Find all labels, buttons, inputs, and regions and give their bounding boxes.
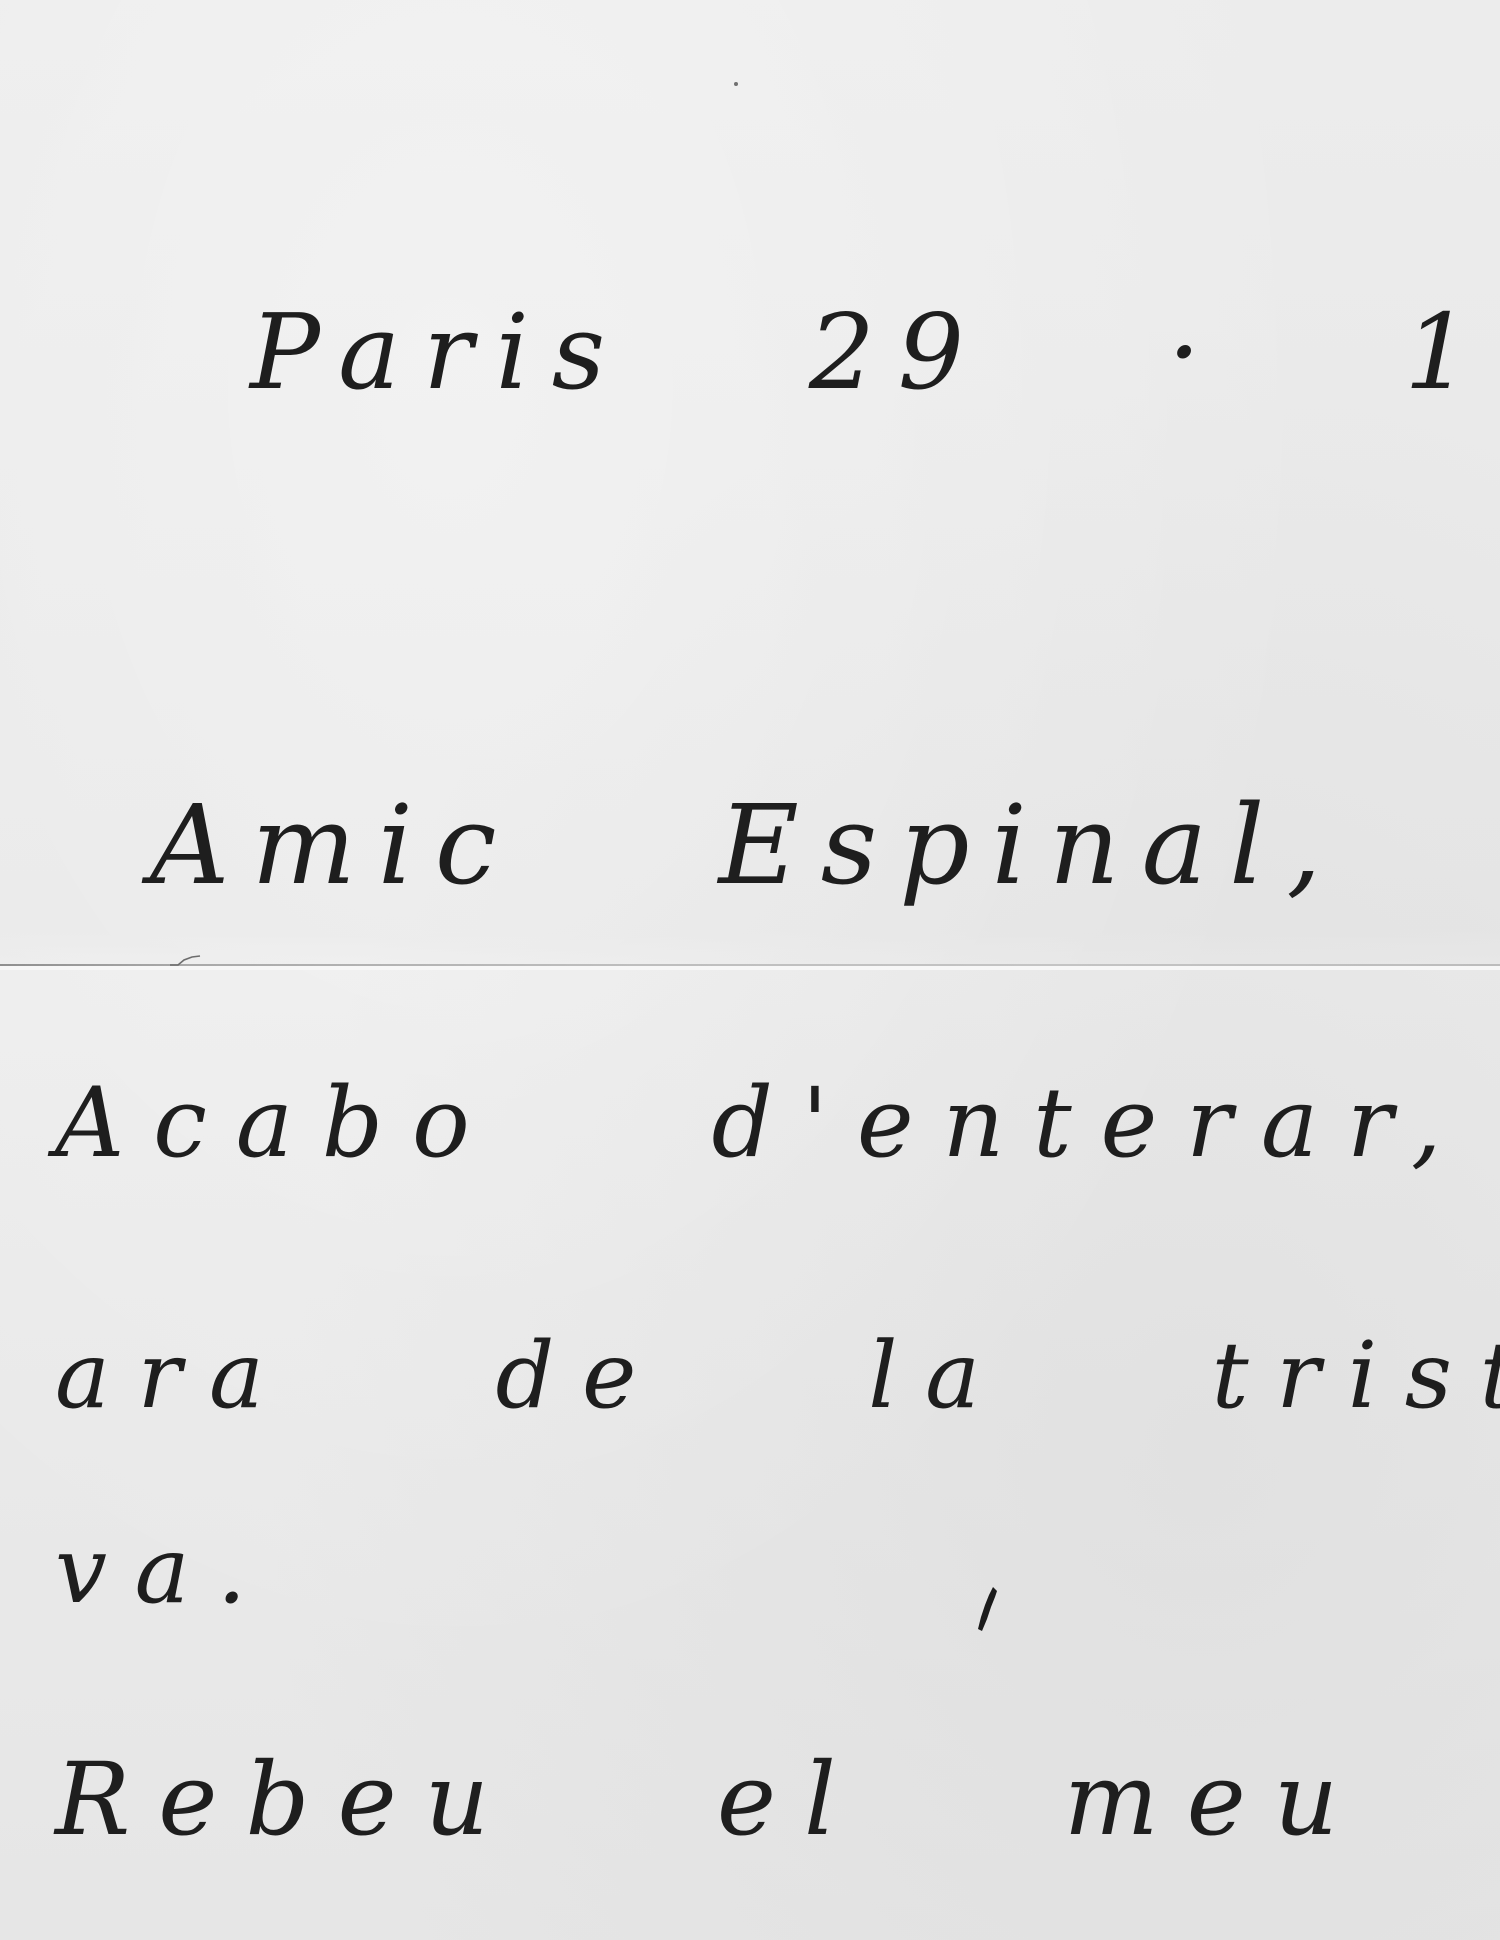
body-line-2: ara de la trista no- <box>55 1330 1500 1422</box>
body-line-1: Acabo d'enterar, <box>55 1075 1470 1171</box>
letter-page: Paris 29 · 11 · 27 Amic Espinal, Acabo d… <box>0 0 1500 1940</box>
fold-highlight <box>0 966 1500 970</box>
salutation: Amic Espinal, <box>150 790 1343 900</box>
dateline: Paris 29 · 11 · 27 <box>250 300 1500 404</box>
paper-tear-mark <box>170 953 206 967</box>
paper-speck <box>734 82 738 86</box>
body-line-4: Rebeu el meu pè- <box>55 1750 1500 1850</box>
fold-crease <box>0 964 1500 970</box>
body-line-3: va. <box>55 1525 274 1617</box>
ink-blot <box>975 1585 1001 1635</box>
